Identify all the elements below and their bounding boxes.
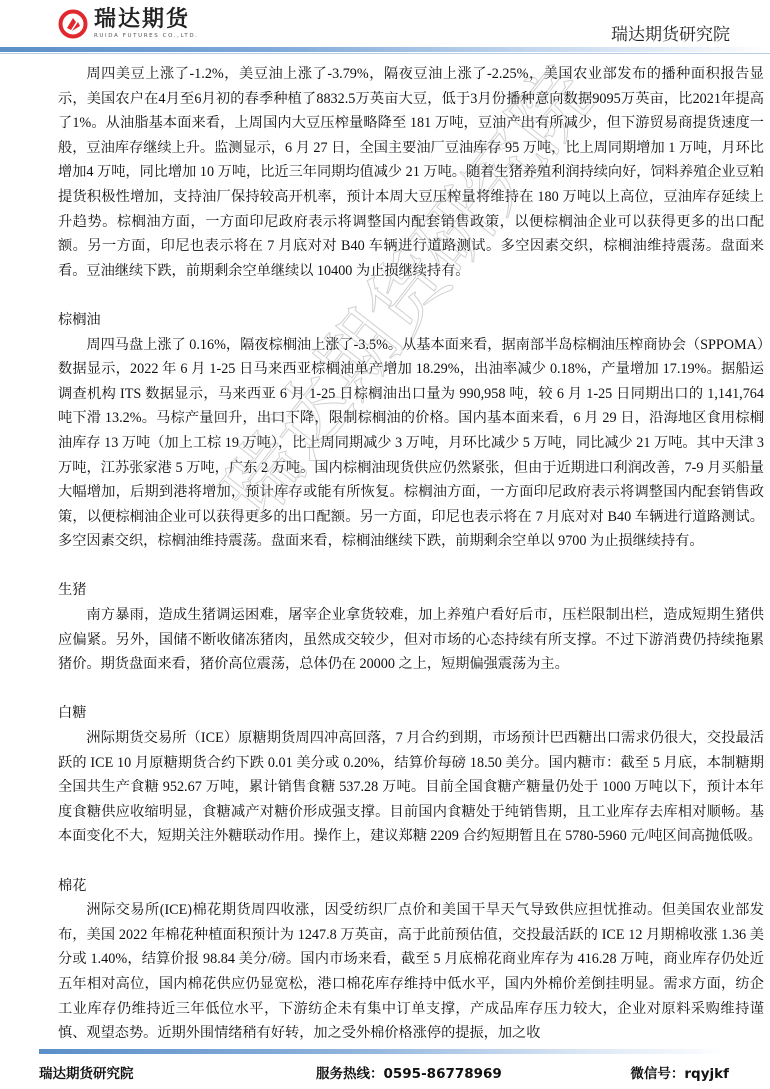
logo-english-name: RUIDA FUTURES CO.,LTD. xyxy=(94,32,199,40)
page-header: 瑞达期货 RUIDA FUTURES CO.,LTD. 瑞达期货研究院 xyxy=(0,0,770,56)
section-palm-oil-body: 周四马盘上涨了 0.16%，隔夜棕榈油上涨了-3.5%。从基本面来看，据南部半岛… xyxy=(58,333,764,554)
logo-chinese-name: 瑞达期货 xyxy=(94,8,199,32)
footer-hotline: 服务热线：0595-86778969 xyxy=(316,1062,502,1082)
section-palm-oil-title: 棕榈油 xyxy=(58,308,764,333)
section-sugar-title: 白糖 xyxy=(58,701,764,726)
footer-gradient-bar xyxy=(39,1049,729,1054)
report-body: 周四美豆上涨了-1.2%，美豆油上涨了-3.79%，隔夜豆油上涨了-2.25%，… xyxy=(58,62,764,1046)
header-institute-title: 瑞达期货研究院 xyxy=(611,20,730,45)
section-cotton-title: 棉花 xyxy=(58,874,764,899)
company-logo: 瑞达期货 RUIDA FUTURES CO.,LTD. xyxy=(58,4,199,44)
header-gradient-bar xyxy=(0,47,770,52)
section-hog-title: 生猪 xyxy=(58,578,764,603)
header-divider xyxy=(0,53,770,54)
section-soybean-oil-body: 周四美豆上涨了-1.2%，美豆油上涨了-3.79%，隔夜豆油上涨了-2.25%，… xyxy=(58,62,764,283)
footer-wechat: 微信号：rqyjkf xyxy=(630,1062,729,1082)
footer-institute: 瑞达期货研究院 xyxy=(39,1062,134,1082)
section-cotton-body: 洲际交易所(ICE)棉花期货周四收涨，因受纺织厂点价和美国干旱天气导致供应担忧推… xyxy=(58,898,764,1046)
page-footer: 瑞达期货研究院 服务热线：0595-86778969 微信号：rqyjkf xyxy=(39,1062,729,1082)
section-hog-body: 南方暴雨，造成生猪调运困难，屠宰企业拿货较难，加上养殖户看好后市，压栏限制出栏，… xyxy=(58,603,764,677)
ruida-logo-icon xyxy=(58,9,88,39)
section-sugar-body: 洲际期货交易所（ICE）原糖期货周四冲高回落，7 月合约到期，市场预计巴西糖出口… xyxy=(58,726,764,849)
